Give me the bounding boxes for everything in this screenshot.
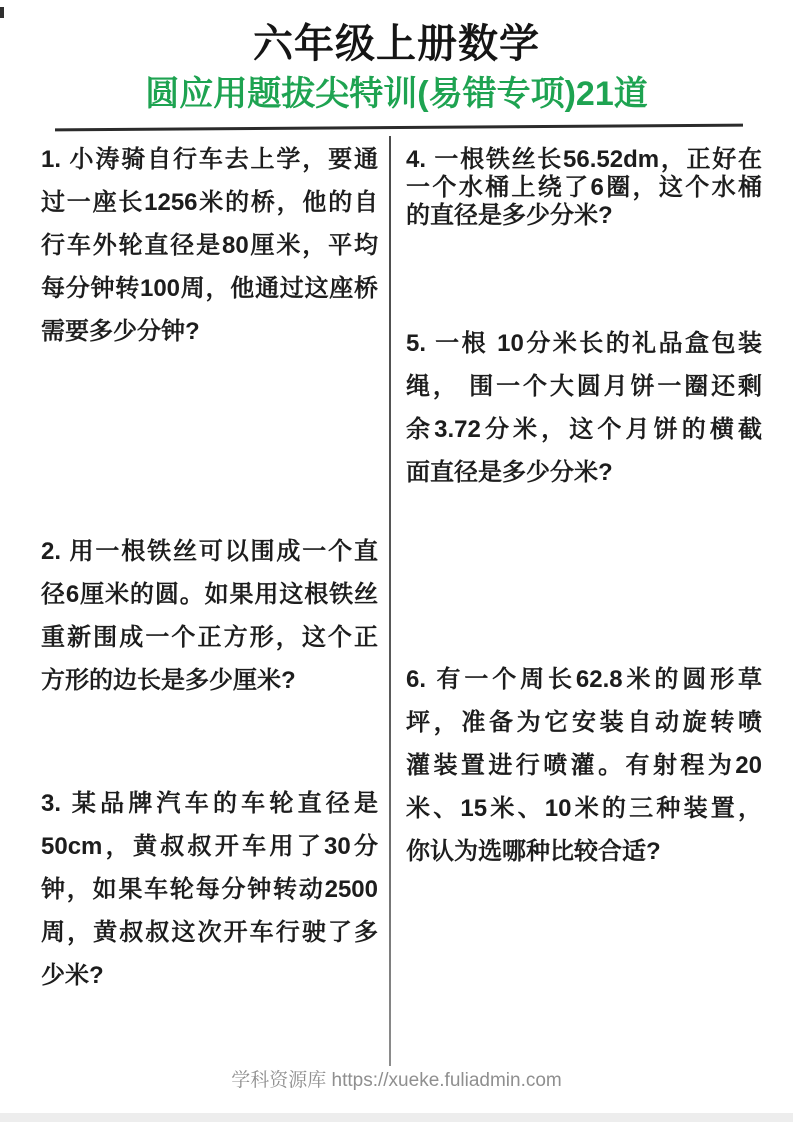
question-5: 5. 一根 10分米长的礼品盒包装 绳， 围一个大圆月饼一圈还剩 余3.72分米… — [406, 322, 762, 494]
question-line: 1. 小涛骑自行车去上学，要通 — [41, 138, 378, 181]
scan-artifact-speck — [0, 7, 4, 18]
question-line: 坪，准备为它安装自动旋转喷 — [406, 701, 762, 744]
header-divider-line — [55, 124, 743, 132]
question-line: 5. 一根 10分米长的礼品盒包装 — [406, 322, 762, 365]
column-divider-line — [389, 136, 391, 1066]
footer-watermark: 学科资源库 https://xueke.fuliadmin.com — [0, 1068, 793, 1094]
question-line: 面直径是多少分米? — [406, 451, 762, 494]
question-line: 米、15米、10米的三种装置， — [406, 787, 762, 830]
question-1: 1. 小涛骑自行车去上学，要通 过一座长1256米的桥，他的自 行车外轮直径是8… — [41, 138, 378, 353]
question-4: 4. 一根铁丝长56.52dm，正好在 一个水桶上绕了6圈，这个水桶 的直径是多… — [406, 146, 762, 230]
question-line: 6. 有一个周长62.8米的圆形草 — [406, 658, 762, 701]
question-line: 过一座长1256米的桥，他的自 — [41, 181, 378, 224]
question-line: 余3.72分米，这个月饼的横截 — [406, 408, 762, 451]
question-line: 4. 一根铁丝长56.52dm，正好在 — [406, 146, 762, 174]
question-line: 灌装置进行喷灌。有射程为20 — [406, 744, 762, 787]
question-line: 3. 某品牌汽车的车轮直径是 — [41, 782, 378, 825]
question-line: 重新围成一个正方形，这个正 — [41, 616, 378, 659]
question-line: 一个水桶上绕了6圈，这个水桶 — [406, 174, 762, 202]
question-line: 方形的边长是多少厘米? — [41, 659, 378, 702]
question-line: 绳， 围一个大圆月饼一圈还剩 — [406, 365, 762, 408]
question-line: 的直径是多少分米? — [406, 202, 762, 230]
question-line: 2. 用一根铁丝可以围成一个直 — [41, 530, 378, 573]
question-3: 3. 某品牌汽车的车轮直径是 50cm，黄叔叔开车用了30分 钟，如果车轮每分钟… — [41, 782, 378, 997]
question-line: 每分钟转100周，他通过这座桥 — [41, 267, 378, 310]
scan-edge-band — [0, 1113, 793, 1122]
question-line: 行车外轮直径是80厘米，平均 — [41, 224, 378, 267]
question-line: 钟，如果车轮每分钟转动2500 — [41, 868, 378, 911]
question-line: 径6厘米的圆。如果用这根铁丝 — [41, 573, 378, 616]
question-line: 你认为选哪种比较合适? — [406, 830, 762, 873]
question-6: 6. 有一个周长62.8米的圆形草 坪，准备为它安装自动旋转喷 灌装置进行喷灌。… — [406, 658, 762, 873]
question-line: 少米? — [41, 954, 378, 997]
worksheet-page: 六年级上册数学 圆应用题拔尖特训(易错专项)21道 1. 小涛骑自行车去上学，要… — [0, 0, 793, 1122]
question-line: 50cm，黄叔叔开车用了30分 — [41, 825, 378, 868]
question-line: 需要多少分钟? — [41, 310, 378, 353]
question-2: 2. 用一根铁丝可以围成一个直 径6厘米的圆。如果用这根铁丝 重新围成一个正方形… — [41, 530, 378, 702]
page-subtitle: 圆应用题拔尖特训(易错专项)21道 — [0, 74, 793, 114]
page-title: 六年级上册数学 — [0, 22, 793, 66]
question-line: 周，黄叔叔这次开车行驶了多 — [41, 911, 378, 954]
